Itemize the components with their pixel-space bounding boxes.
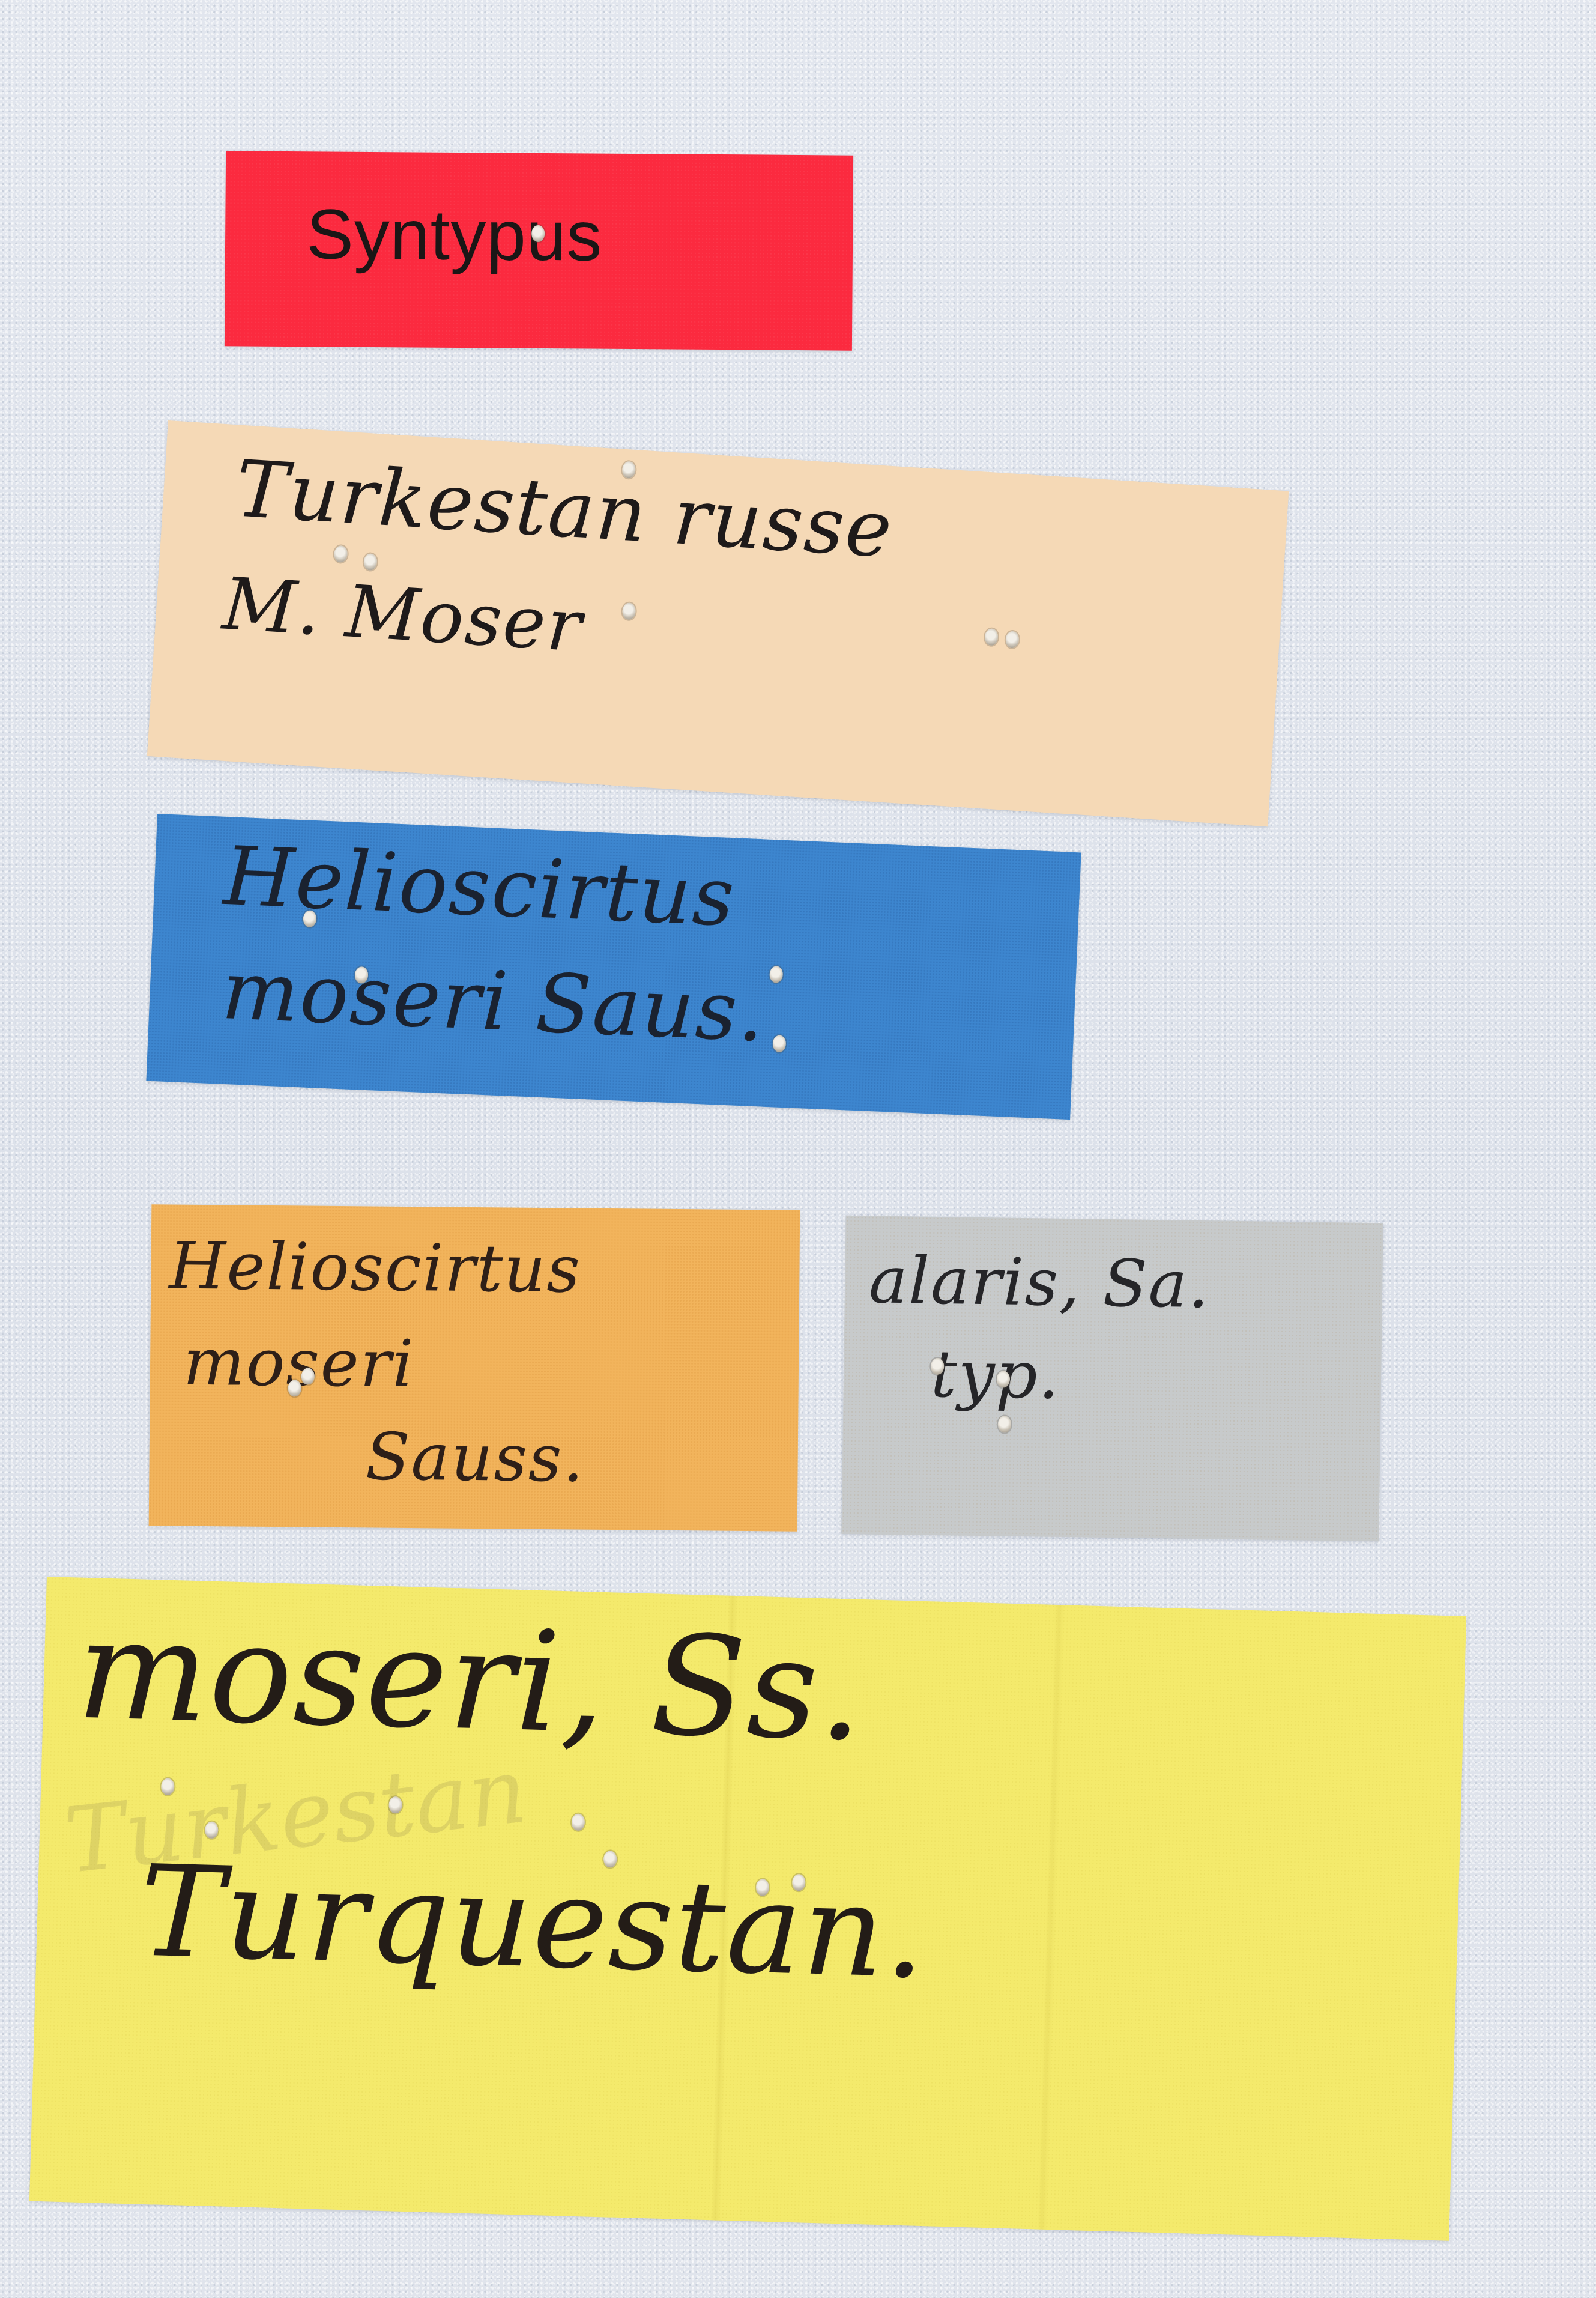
pin-hole <box>998 1416 1011 1432</box>
pin-hole <box>1005 631 1020 648</box>
pin-hole <box>301 1368 315 1384</box>
pin-hole <box>772 1035 786 1052</box>
locality-line-1: Turkestan russe <box>233 443 895 575</box>
syntypus-label: Syntypus <box>225 151 853 350</box>
determination-label-orange: Helioscirtus moseri Sauss. <box>149 1204 800 1531</box>
determination-orange-line-3: Sauss. <box>365 1419 585 1496</box>
pin-hole <box>363 553 378 571</box>
determination-blue-line-1: Helioscirtus <box>222 829 737 945</box>
pin-hole <box>288 1380 301 1396</box>
locality-line-2: M. Moser <box>220 562 585 668</box>
type-label-grey: alaris, Sa. typ. <box>841 1216 1383 1541</box>
pin-hole <box>334 545 348 563</box>
type-line-2: typ. <box>930 1337 1061 1414</box>
pin-hole <box>572 1814 585 1831</box>
pin-hole <box>622 602 636 620</box>
type-line-1: alaris, Sa. <box>868 1243 1211 1323</box>
pin-hole <box>769 966 783 983</box>
pin-hole <box>531 225 545 242</box>
determination-blue-line-2: moseri Saus. <box>220 943 767 1060</box>
pin-hole <box>984 628 999 646</box>
moseri-line-2: Turquestan. <box>138 1838 928 2007</box>
moseri-line-1: moseri, Ss. <box>75 1590 866 1772</box>
determination-orange-line-1: Helioscirtus <box>169 1229 582 1308</box>
moseri-label-yellow: Turkestan moseri, Ss. Turquestan. <box>29 1577 1466 2241</box>
locality-label: Turkestan russe M. Moser <box>147 420 1289 826</box>
syntypus-text: Syntypus <box>306 193 603 277</box>
determination-label-blue: Helioscirtus moseri Saus. <box>146 814 1081 1120</box>
